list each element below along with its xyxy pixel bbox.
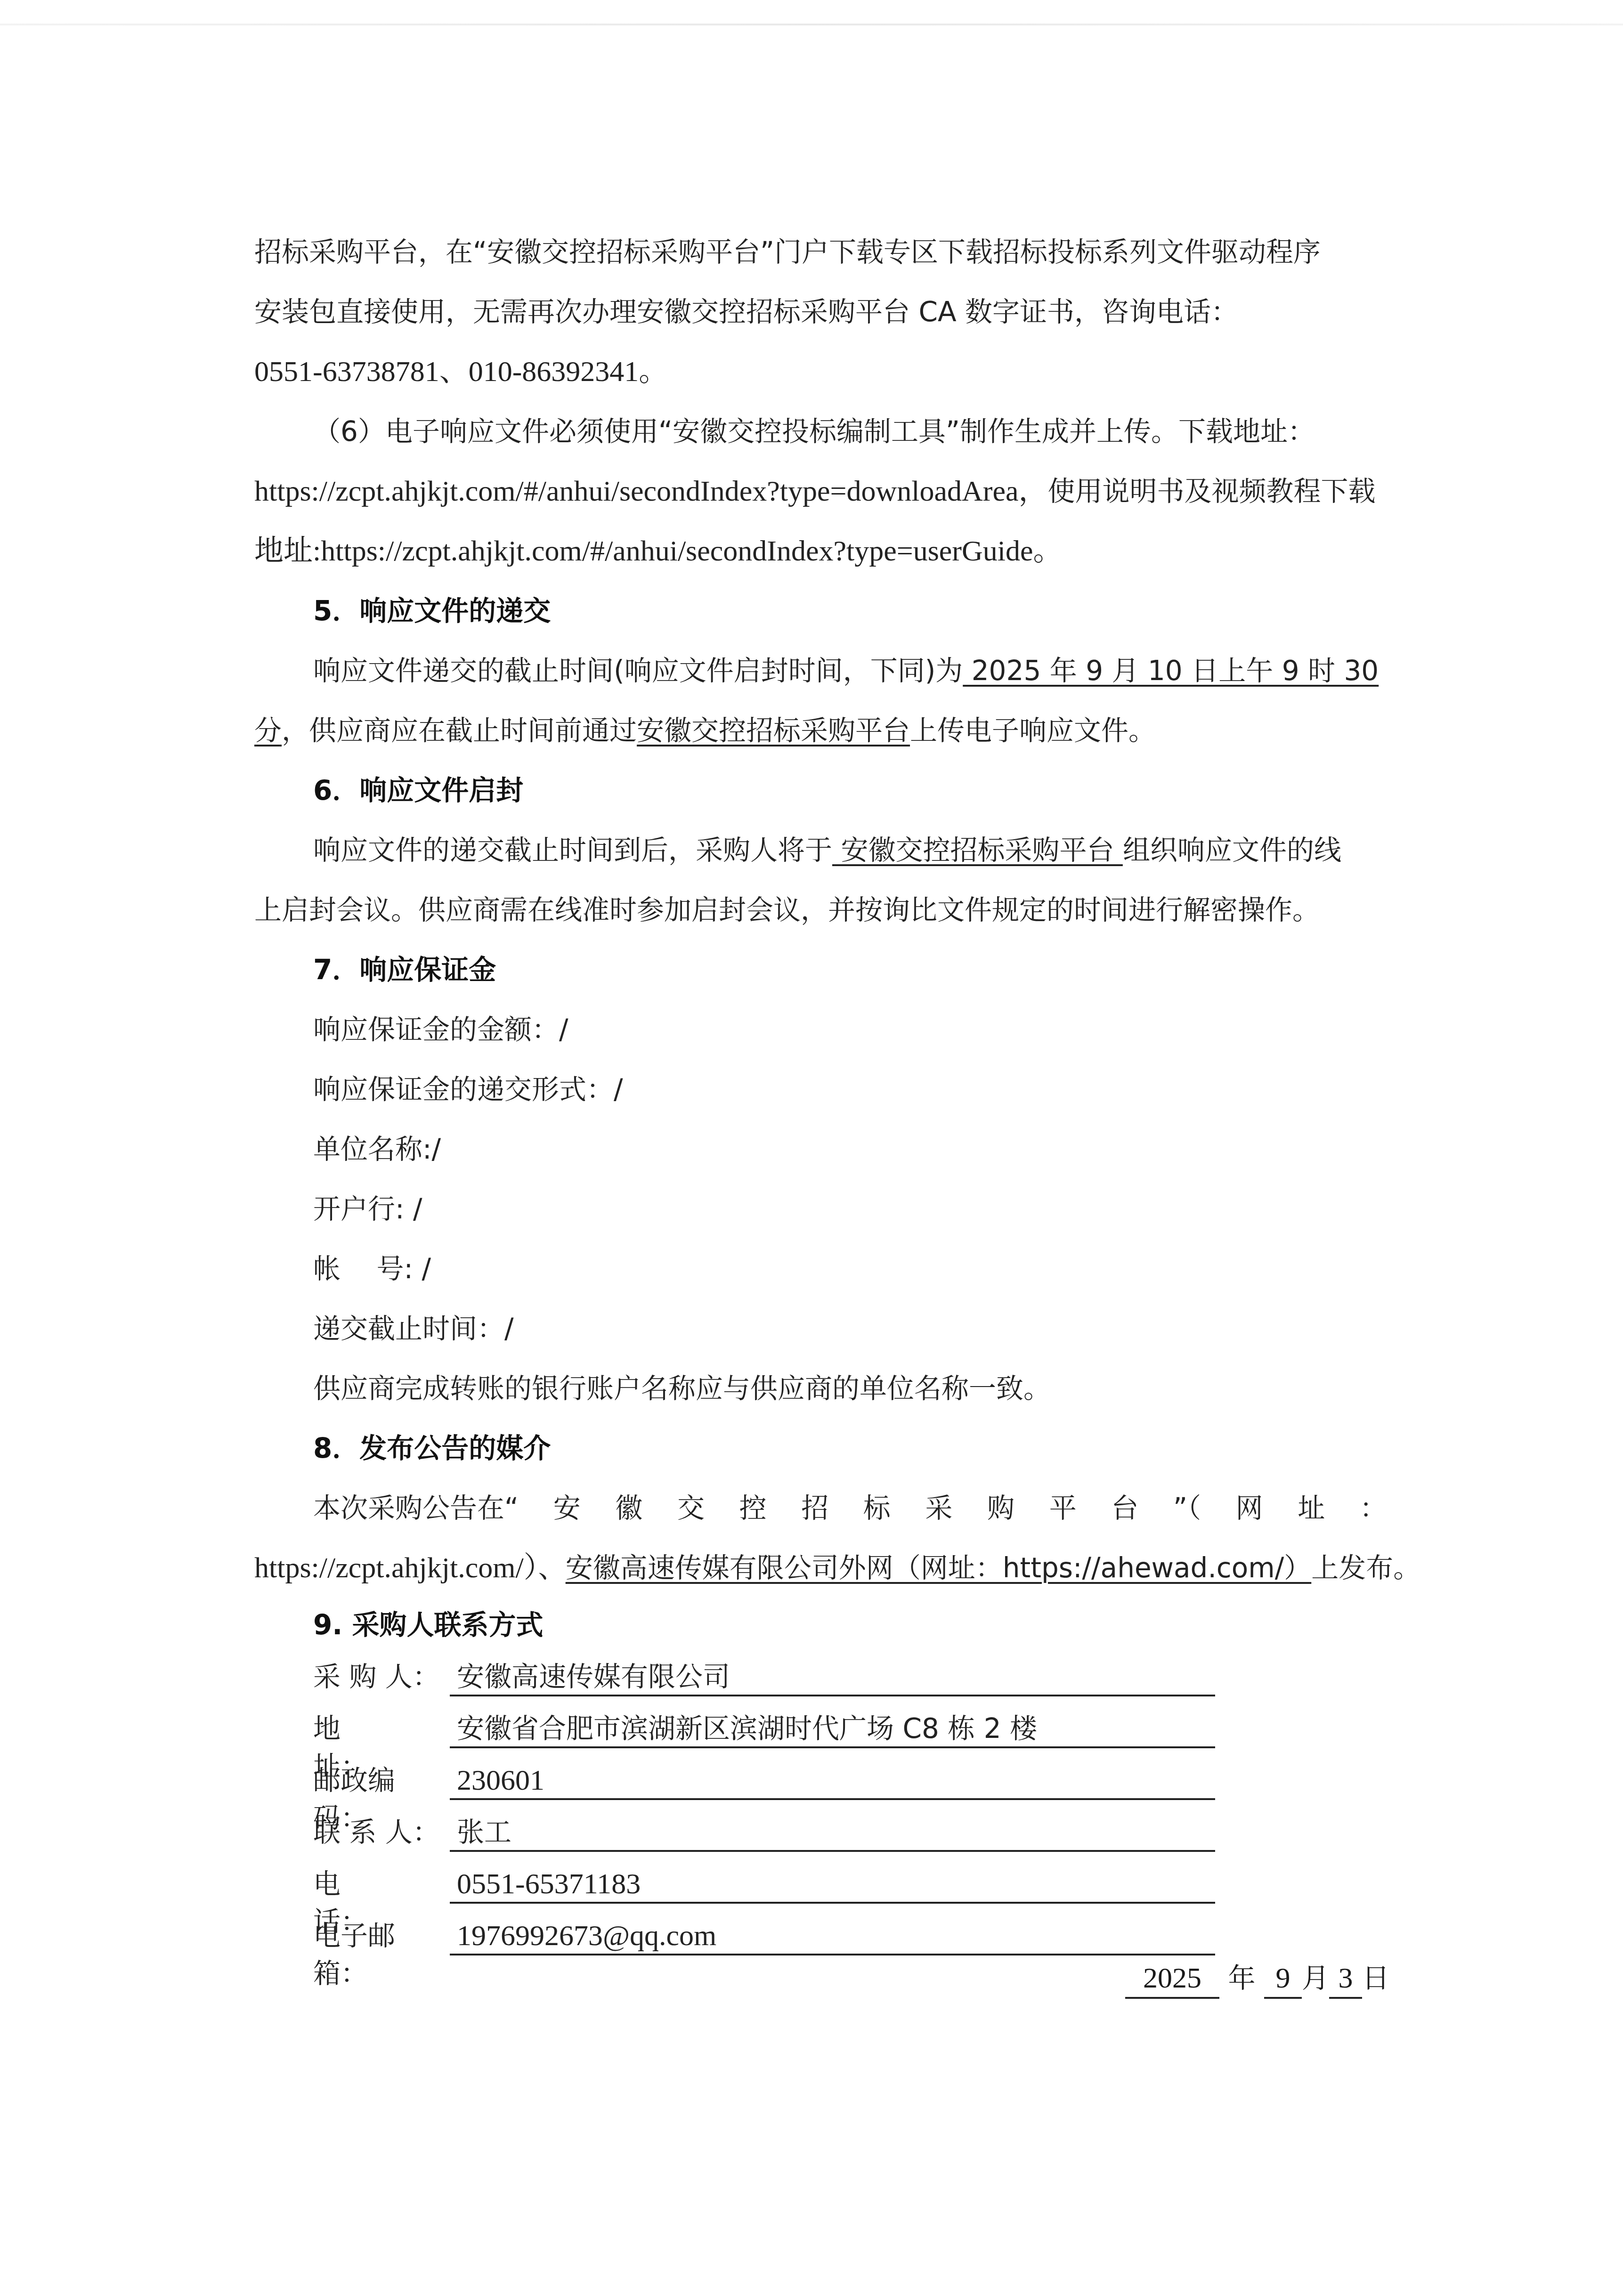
- date-day: 3: [1329, 1959, 1362, 1999]
- scan-edge-line: [0, 24, 1623, 25]
- date-unit: 月: [1302, 1962, 1329, 1994]
- paragraph-line: 招标采购平台，在“安徽交控招标采购平台”门户下载专区下载招标投标系列文件驱动程序: [254, 233, 1321, 271]
- field-label: 电子邮箱：: [313, 1917, 447, 1992]
- deposit-amount: 响应保证金的金额：/: [313, 1011, 568, 1048]
- field-label: 联 系 人：: [313, 1813, 447, 1851]
- field-value: 安徽省合肥市滨湖新区滨湖时代广场 C8 栋 2 楼: [450, 1710, 1215, 1748]
- text-segment: 标: [863, 1489, 891, 1527]
- section6-text: 组织响应文件的线: [1123, 834, 1341, 866]
- deadline-value-end: 分: [254, 714, 282, 746]
- field-value: 张工: [450, 1813, 1215, 1852]
- consult-phone-numbers: 0551-63738781、010-86392341。: [254, 353, 668, 390]
- section7-heading: 7．响应保证金: [313, 951, 496, 989]
- field-value: 230601: [450, 1761, 1215, 1800]
- text-segment: 平: [1049, 1489, 1077, 1527]
- platform-name: 安徽交控招标采购平台: [832, 834, 1123, 866]
- deposit-unit-name: 单位名称:/: [313, 1130, 441, 1168]
- section5-line: 响应文件递交的截止时间(响应文件启封时间，下同)为 2025 年 9 月 10 …: [313, 652, 1379, 690]
- section6-line: 响应文件的递交截止时间到后，采购人将于 安徽交控招标采购平台 组织响应文件的线: [313, 831, 1341, 869]
- field-value: 安徽高速传媒有限公司: [450, 1658, 1215, 1696]
- section9-heading: 9. 采购人联系方式: [313, 1606, 544, 1644]
- download-area-url[interactable]: https://zcpt.ahjkjt.com/#/anhui/secondIn…: [254, 475, 1047, 507]
- item6-download-line: https://zcpt.ahjkjt.com/#/anhui/secondIn…: [254, 472, 1375, 510]
- text-segment: 徽: [615, 1489, 642, 1527]
- section5-line: 分，供应商应在截止时间前通过安徽交控招标采购平台上传电子响应文件。: [254, 712, 1156, 749]
- deadline-value: 2025 年 9 月 10 日上午 9 时 30: [963, 655, 1379, 687]
- date-year: 2025: [1125, 1959, 1219, 1999]
- text-segment: 本次采购公告在“: [313, 1489, 519, 1527]
- field-value[interactable]: 1976992673@qq.com: [450, 1917, 1215, 1955]
- text-segment: 控: [739, 1489, 767, 1527]
- field-purchaser: 采 购 人： 安徽高速传媒有限公司: [313, 1658, 447, 1696]
- section5-heading: 5．响应文件的递交: [313, 592, 551, 630]
- platform-url[interactable]: https://zcpt.ahjkjt.com/）: [254, 1552, 538, 1584]
- deposit-note: 供应商完成转账的银行账户名称应与供应商的单位名称一致。: [313, 1370, 1051, 1407]
- section8-line: https://zcpt.ahjkjt.com/）、安徽高速传媒有限公司外网（网…: [254, 1549, 1420, 1587]
- deposit-form: 响应保证金的递交形式：/: [313, 1071, 623, 1108]
- deposit-account: 帐 号: /: [313, 1250, 431, 1288]
- section5-text: ，供应商应在截止时间前通过: [282, 714, 637, 746]
- section8-text: 上发布。: [1311, 1552, 1420, 1584]
- media-website[interactable]: 安徽高速传媒有限公司外网（网址：https://ahewad.com/）: [566, 1552, 1312, 1584]
- user-guide-url[interactable]: 地址:https://zcpt.ahjkjt.com/#/anhui/secon…: [254, 532, 1062, 570]
- signature-date: 2025 年 9月3日: [1125, 1959, 1389, 1999]
- text-segment: 购: [987, 1489, 1014, 1527]
- field-label: 采 购 人：: [313, 1658, 447, 1696]
- text-segment: ”（: [1173, 1489, 1201, 1527]
- date-month: 9: [1264, 1959, 1302, 1999]
- paragraph-line: 安装包直接使用，无需再次办理安徽交控招标采购平台 CA 数字证书，咨询电话：: [254, 293, 1238, 331]
- text-segment: 安: [553, 1489, 581, 1527]
- field-email: 电子邮箱： 1976992673@qq.com: [313, 1917, 447, 1992]
- item6-text: 使用说明书及视频教程下载: [1047, 475, 1375, 507]
- text-segment: 台: [1111, 1489, 1138, 1527]
- date-unit: 年: [1228, 1962, 1256, 1994]
- deadline-label: 响应文件递交的截止时间(响应文件启封时间，下同)为: [313, 655, 963, 687]
- field-value: 0551-65371183: [450, 1865, 1215, 1904]
- date-unit: 日: [1362, 1962, 1389, 1994]
- text-segment: 网: [1236, 1489, 1263, 1527]
- section6-heading: 6．响应文件启封: [313, 771, 523, 809]
- platform-name: 安徽交控招标采购平台: [637, 714, 910, 746]
- item6-line: （6）电子响应文件必须使用“安徽交控投标编制工具”制作生成并上传。下载地址：: [313, 413, 1315, 450]
- text-segment: 交: [677, 1489, 705, 1527]
- deposit-bank: 开户行: /: [313, 1190, 422, 1228]
- text-segment: 址: [1298, 1489, 1325, 1527]
- section8-line-justified: 本次采购公告在“ 安 徽 交 控 招 标 采 购 平 台 ”（ 网 址 ：: [313, 1489, 1387, 1527]
- section8-heading: 8．发布公告的媒介: [313, 1429, 551, 1467]
- section6-text: 响应文件的递交截止时间到后，采购人将于: [313, 834, 832, 866]
- text-segment: ：: [1360, 1489, 1387, 1527]
- field-contact: 联 系 人： 张工: [313, 1813, 447, 1851]
- section5-text: 上传电子响应文件。: [910, 714, 1156, 746]
- separator: 、: [538, 1552, 566, 1584]
- text-segment: 招: [801, 1489, 828, 1527]
- section6-line: 上启封会议。供应商需在线准时参加启封会议，并按询比文件规定的时间进行解密操作。: [254, 891, 1320, 929]
- text-segment: 采: [925, 1489, 952, 1527]
- deposit-deadline: 递交截止时间：/: [313, 1310, 514, 1347]
